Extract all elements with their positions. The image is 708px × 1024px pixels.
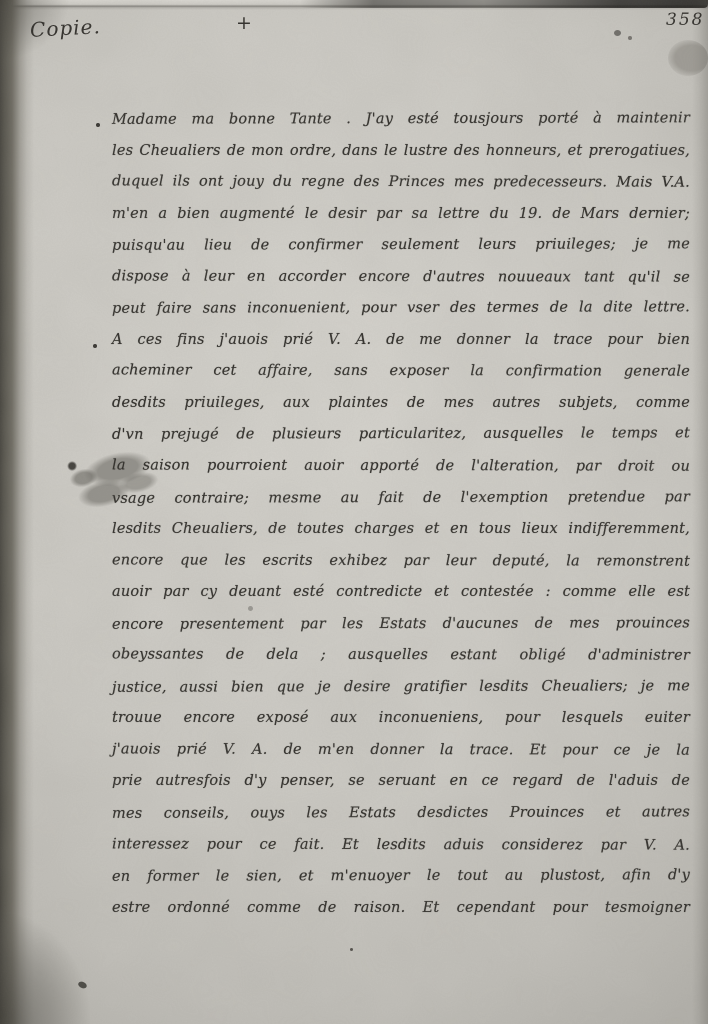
manuscript-text-block: Madame ma bonne Tante . J'ay esté tousjo… <box>112 104 690 924</box>
manuscript-line: interessez pour ce fait. Et lesdits adui… <box>112 829 690 862</box>
manuscript-line: d'vn prejugé de plusieurs particularitez… <box>112 419 690 452</box>
binding-edge <box>0 0 34 1024</box>
page-right-edge <box>692 0 708 1024</box>
manuscript-line: prie autresfois d'y penser, se seruant e… <box>112 766 690 798</box>
manuscript-line: encore que les escrits exhibez par leur … <box>112 545 690 578</box>
manuscript-line: mes conseils, ouys les Estats desdictes … <box>112 797 690 830</box>
manuscript-line: trouue encore exposé aux inconueniens, p… <box>112 703 690 735</box>
manuscript-line: auoir par cy deuant esté contredicte et … <box>112 577 690 609</box>
manuscript-line: la saison pourroient auoir apporté de l'… <box>112 450 690 483</box>
manuscript-line: duquel ils ont jouy du regne des Princes… <box>112 166 690 199</box>
ink-speck <box>93 344 97 348</box>
ink-speck <box>628 36 632 40</box>
manuscript-line: lesdits Cheualiers, de toutes charges et… <box>112 514 690 546</box>
manuscript-line: peut faire sans inconuenient, pour vser … <box>112 293 690 326</box>
ink-speck <box>96 123 100 127</box>
copie-label: Copie. <box>29 14 101 42</box>
manuscript-line: dispose à leur en accorder encore d'autr… <box>112 261 690 294</box>
manuscript-line: m'en a bien augmenté le desir par sa let… <box>112 199 690 231</box>
cross-mark: + <box>236 12 252 34</box>
page-number: 358 <box>666 10 704 30</box>
manuscript-line: acheminer cet affaire, sans exposer la c… <box>112 356 690 389</box>
top-right-stain <box>668 40 708 76</box>
corner-shadow-bottom-left <box>0 914 90 1024</box>
manuscript-line: puisqu'au lieu de confirmer seulement le… <box>112 229 690 262</box>
manuscript-page-scan: Copie. + 358 Madame ma bonne Tante . J'a… <box>0 0 708 1024</box>
manuscript-line: estre ordonné comme de raison. Et cepend… <box>112 893 690 925</box>
manuscript-line: A ces fins j'auois prié V. A. de me donn… <box>112 325 690 357</box>
page-top-edge-shadow <box>300 0 708 8</box>
manuscript-line: les Cheualiers de mon ordre, dans le lus… <box>112 136 690 168</box>
manuscript-line: desdits priuileges, aux plaintes de mes … <box>112 388 690 420</box>
manuscript-line: j'auois prié V. A. de m'en donner la tra… <box>112 734 690 767</box>
manuscript-line: vsage contraire; mesme au fait de l'exem… <box>112 482 690 515</box>
manuscript-line: obeyssantes de dela ; ausquelles estant … <box>112 640 690 673</box>
ink-speck <box>614 30 621 36</box>
ink-speck <box>350 948 353 951</box>
manuscript-line: en former le sien, et m'enuoyer le tout … <box>112 860 690 893</box>
manuscript-line: justice, aussi bien que je desire gratif… <box>112 671 690 704</box>
manuscript-line: Madame ma bonne Tante . J'ay esté tousjo… <box>112 103 690 136</box>
manuscript-line: encore presentement par les Estats d'auc… <box>112 608 690 641</box>
